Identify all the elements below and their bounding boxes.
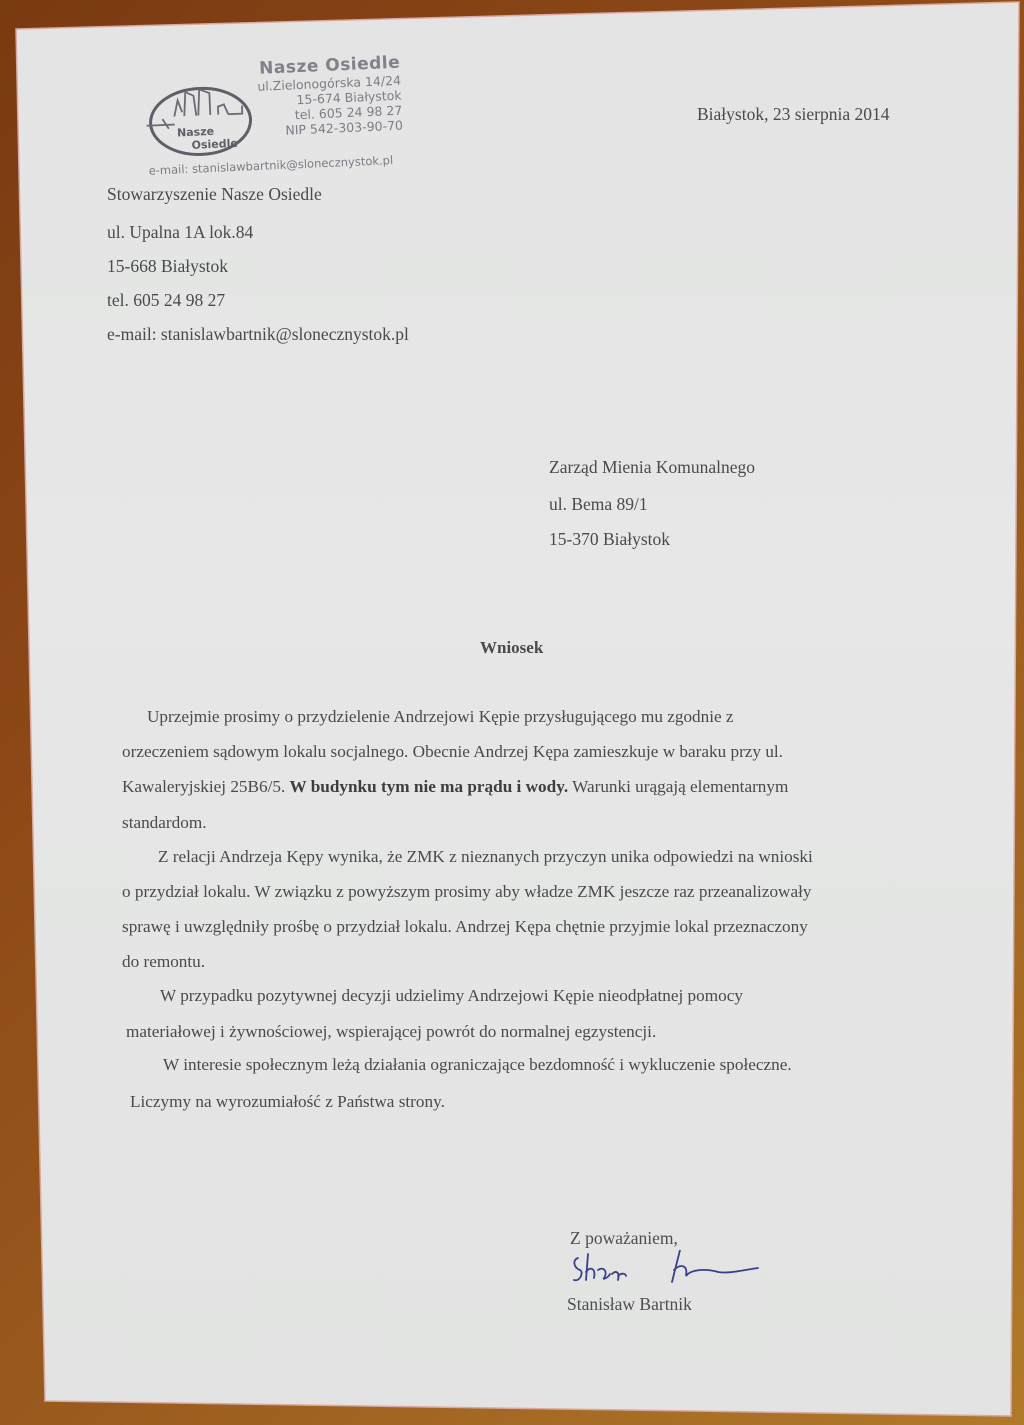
svg-text:Osiedle: Osiedle bbox=[191, 137, 238, 152]
addressee-city: 15-370 Białystok bbox=[549, 529, 670, 550]
paragraph-2-line-1: Z relacji Andrzeja Kępy wynika, że ZMK z… bbox=[158, 847, 813, 867]
paragraph-3-line-1: W przypadku pozytywnej decyzji udzielimy… bbox=[160, 986, 743, 1006]
closing-salutation: Z poważaniem, bbox=[570, 1228, 678, 1249]
sender-email: e-mail: stanislawbartnik@slonecznystok.p… bbox=[107, 324, 409, 345]
handwritten-signature bbox=[568, 1250, 778, 1288]
addressee-street: ul. Bema 89/1 bbox=[549, 494, 648, 515]
paragraph-4-line-1: W interesie społecznym leżą działania og… bbox=[163, 1055, 792, 1075]
text-span: Kawaleryjskiej 25B6/5. bbox=[122, 777, 290, 796]
emphasized-text: W budynku tym nie ma prądu i wody. bbox=[290, 777, 569, 796]
paragraph-1-line-1: Uprzejmie prosimy o przydzielenie Andrze… bbox=[147, 707, 734, 727]
paragraph-1-line-3: Kawaleryjskiej 25B6/5. W budynku tym nie… bbox=[122, 777, 788, 797]
paragraph-2-line-4: do remontu. bbox=[122, 952, 205, 972]
paragraph-1-line-2: orzeczeniem sądowym lokalu socjalnego. O… bbox=[122, 742, 783, 762]
signer-name: Stanisław Bartnik bbox=[567, 1294, 692, 1315]
paragraph-3-line-2: materiałowej i żywnościowej, wspierające… bbox=[126, 1022, 656, 1042]
sender-name: Stowarzyszenie Nasze Osiedle bbox=[107, 184, 322, 205]
sender-street: ul. Upalna 1A lok.84 bbox=[107, 222, 253, 243]
text-span: Warunki urągają elementarnym bbox=[568, 777, 788, 796]
organization-stamp: Nasze Osiedle Nasze Osiedle ul.Zielonogó… bbox=[140, 52, 415, 184]
paragraph-4-line-2: Liczymy na wyrozumiałość z Państwa stron… bbox=[130, 1092, 445, 1112]
letter-date: Białystok, 23 sierpnia 2014 bbox=[697, 104, 889, 125]
stamp-text-block: Nasze Osiedle ul.Zielonogórska 14/24 15-… bbox=[240, 53, 403, 140]
stamp-logo-icon: Nasze Osiedle bbox=[143, 79, 256, 162]
addressee-name: Zarząd Mienia Komunalnego bbox=[549, 457, 755, 478]
paragraph-2-line-3: sprawę i uwzględniły prośbę o przydział … bbox=[122, 917, 808, 937]
paragraph-1-line-4: standardom. bbox=[122, 813, 207, 833]
paragraph-2-line-2: o przydział lokalu. W związku z powyższy… bbox=[122, 882, 811, 902]
sender-city: 15-668 Białystok bbox=[107, 256, 228, 277]
sender-phone: tel. 605 24 98 27 bbox=[107, 290, 225, 311]
letter-title: Wniosek bbox=[480, 638, 543, 658]
